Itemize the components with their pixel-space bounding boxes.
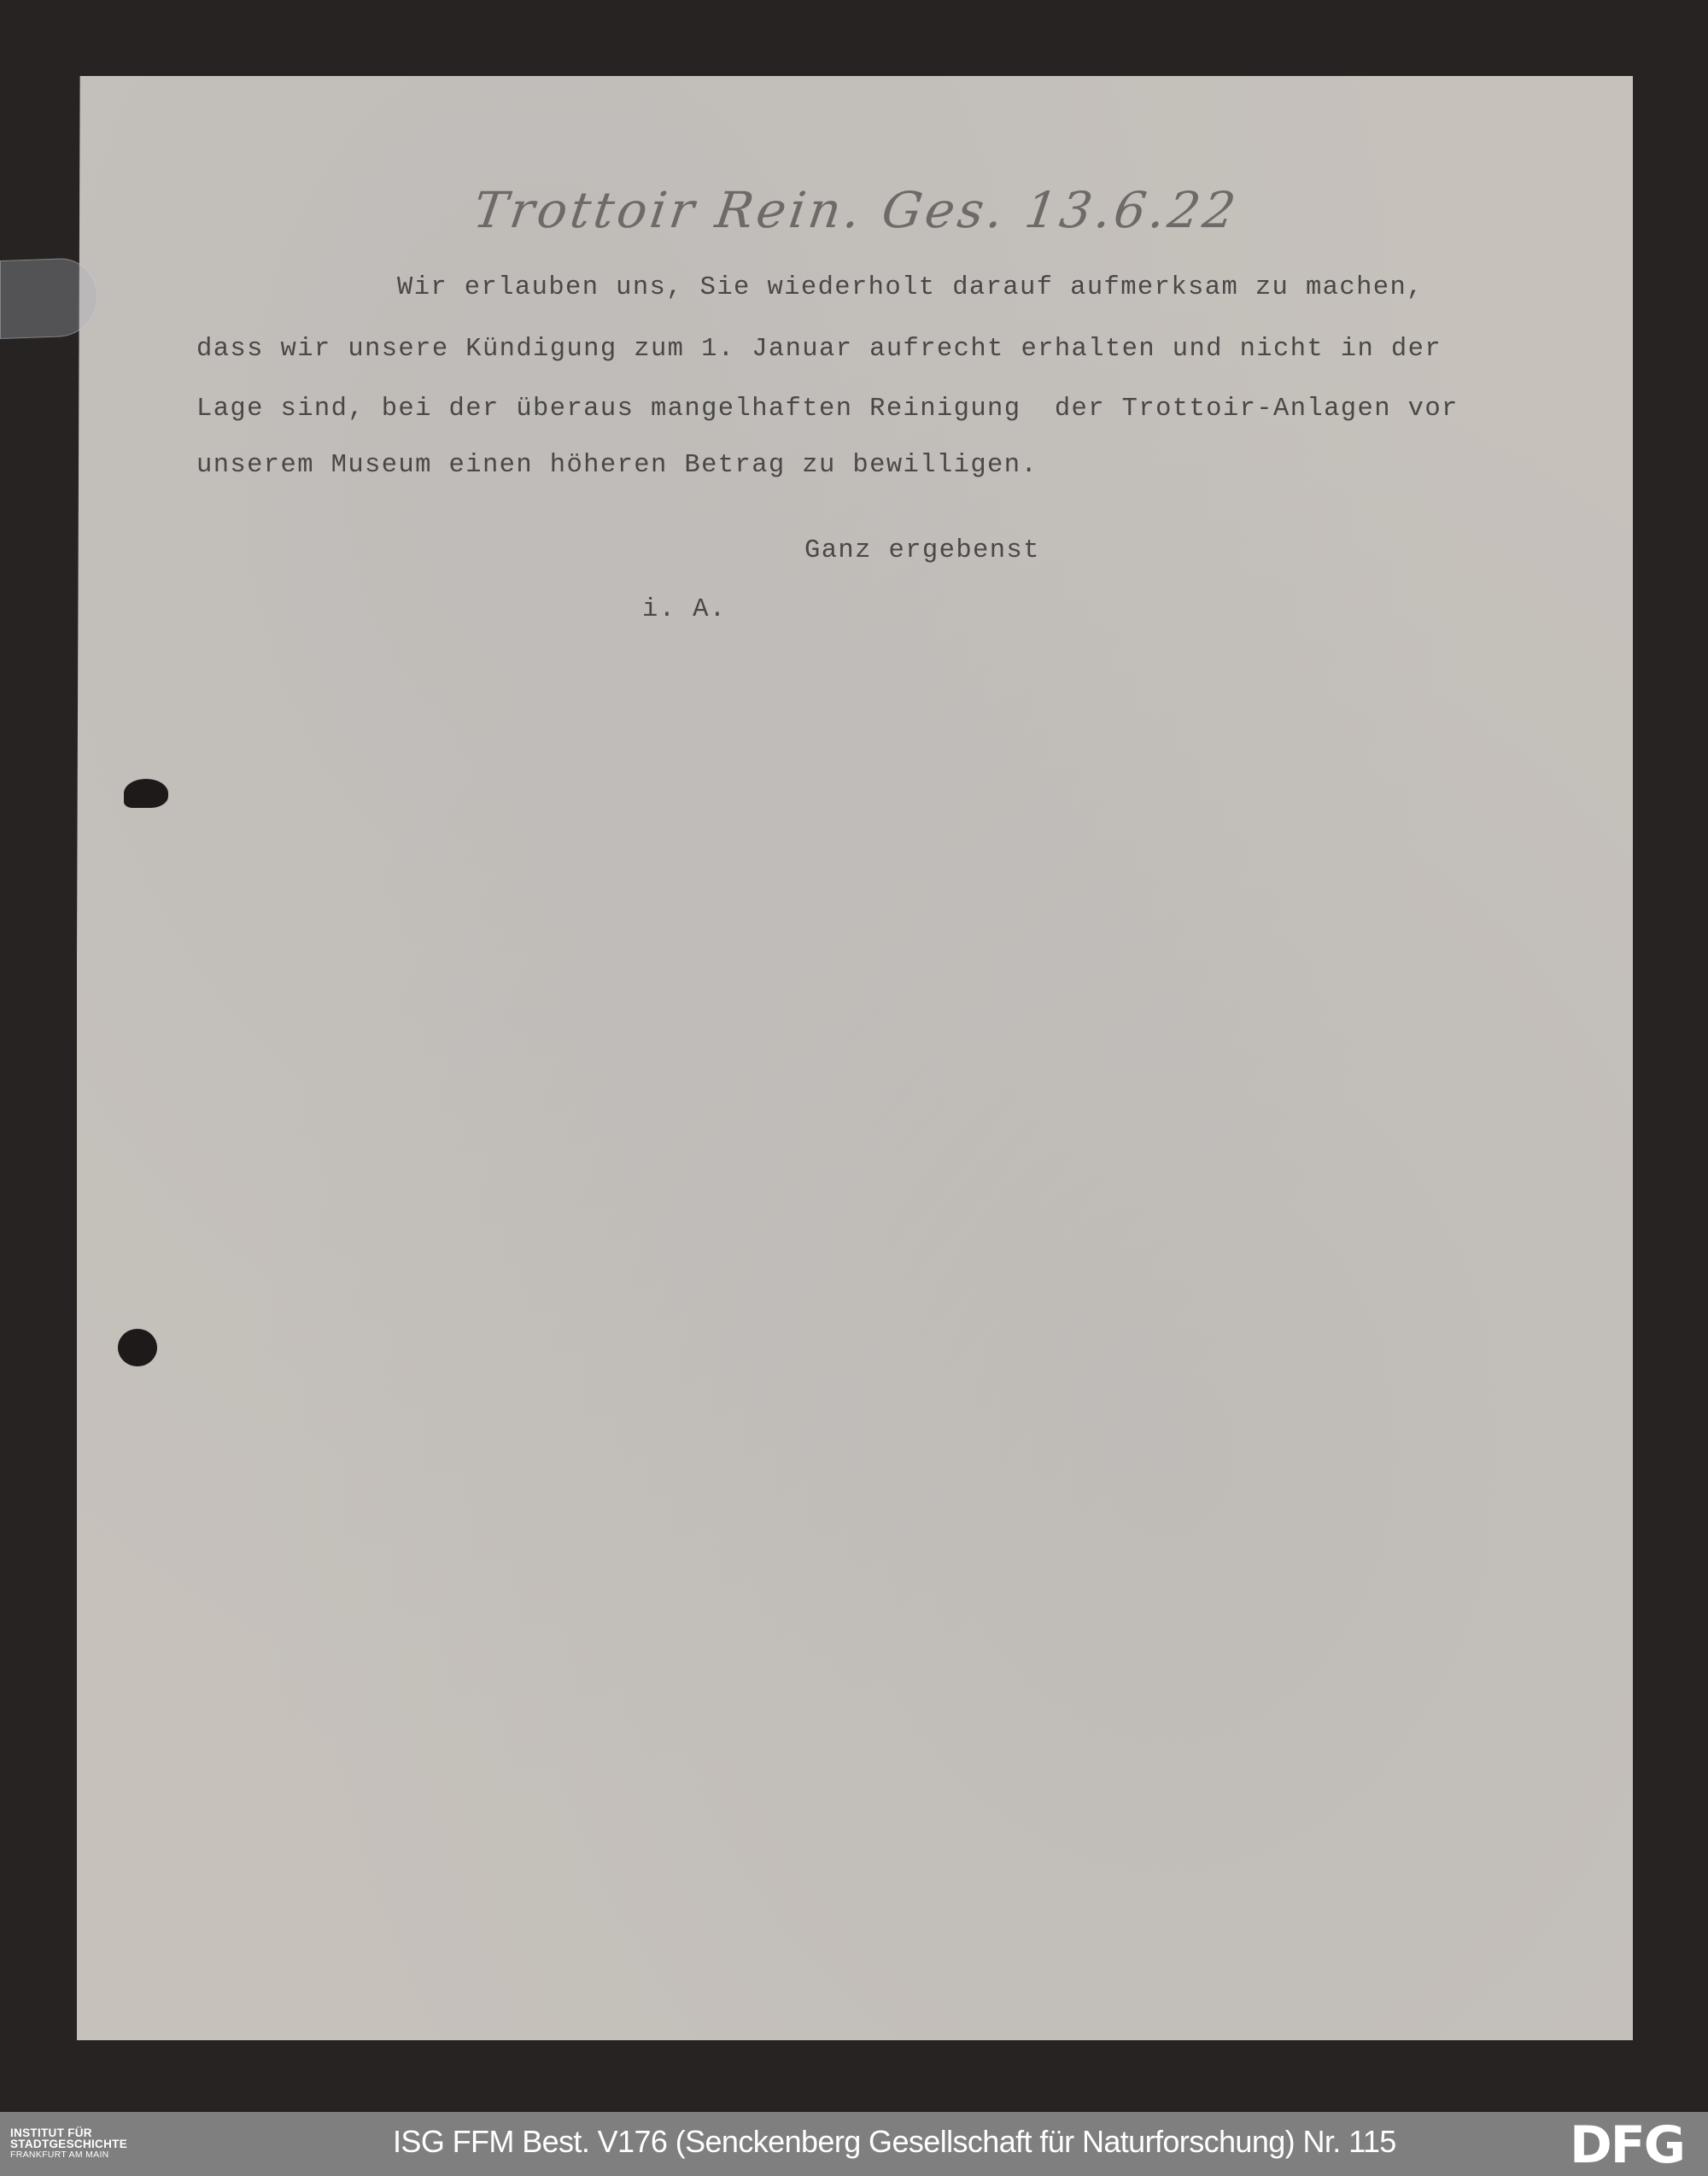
footer-bar: INSTITUT FÜR STADTGESCHICHTE FRANKFURT A…	[0, 2112, 1708, 2176]
transparent-tab	[0, 257, 97, 339]
body-line-1: Wir erlauben uns, Sie wiederholt darauf …	[397, 273, 1424, 302]
dfg-logo-icon: DFG	[1570, 2120, 1684, 2170]
archive-caption: ISG FFM Best. V176 (Senckenberg Gesellsc…	[393, 2124, 1396, 2160]
body-line-4: unserem Museum einen höheren Betrag zu b…	[196, 451, 1038, 480]
body-line-3: Lage sind, bei der überaus mangelhaften …	[196, 395, 1459, 424]
handwritten-note: Trottoir Rein. Ges. 13.6.22	[470, 181, 1243, 239]
institution-line-3: FRANKFURT AM MAIN	[10, 2150, 127, 2161]
document-page	[77, 76, 1633, 2040]
institution-logo: INSTITUT FÜR STADTGESCHICHTE FRANKFURT A…	[10, 2127, 127, 2161]
punch-hole-top	[124, 779, 168, 808]
closing-text: Ganz ergebenst	[804, 536, 1040, 565]
punch-hole-bottom	[118, 1329, 157, 1366]
body-line-2: dass wir unsere Kündigung zum 1. Januar …	[196, 335, 1442, 364]
signature-abbrev: i. A.	[642, 595, 727, 624]
institution-line-2: STADTGESCHICHTE	[10, 2138, 127, 2150]
